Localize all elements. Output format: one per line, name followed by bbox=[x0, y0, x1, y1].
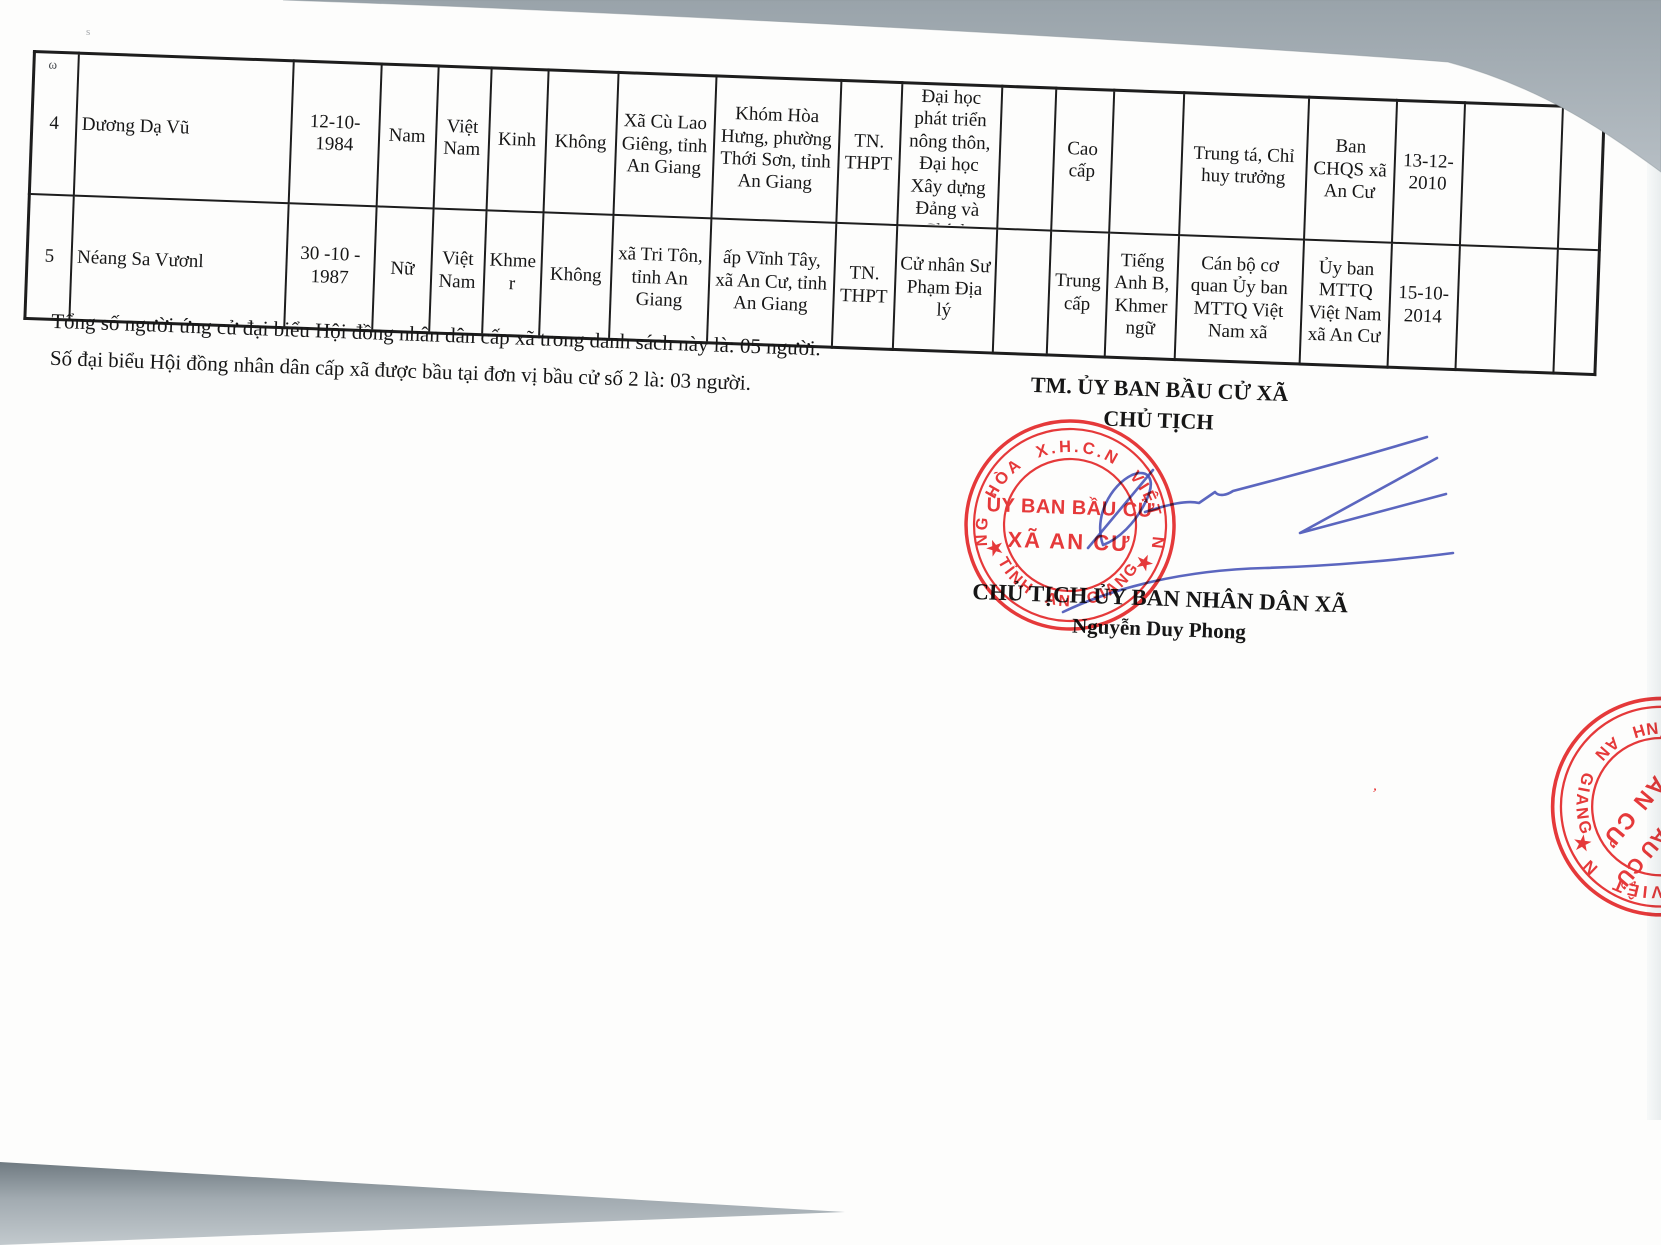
cell-r4-c3: 12-10-1984 bbox=[288, 61, 381, 207]
cell-r5-c14: Tiếng Anh B, Khmer ngữ bbox=[1104, 233, 1178, 359]
cell-r5-c5: Việt Nam bbox=[429, 208, 486, 334]
cell-r4-c12 bbox=[997, 86, 1056, 230]
cell-r4-c10: TN. THPT bbox=[836, 80, 902, 225]
cell-r5-c10: TN. THPT bbox=[831, 223, 896, 349]
scan-speck-red: , bbox=[1372, 778, 1380, 795]
cell-r5-c4: Nữ bbox=[372, 206, 433, 332]
cell-r5-c13: Trung cấp bbox=[1046, 231, 1108, 357]
document-content: ω 4Dương Dạ Vũ12-10-1984NamViệt NamKinhK… bbox=[9, 50, 1617, 766]
cell-r4-c15: Trung tá, Chỉ huy trưởng bbox=[1179, 93, 1309, 240]
cell-r4-c6: Kinh bbox=[486, 68, 548, 212]
cell-r4-c18 bbox=[1459, 103, 1562, 249]
scanned-document-page: { "table": { "rows": [ {"cells": ["4","D… bbox=[0, 0, 1661, 1245]
stray-cell-mark: ω bbox=[48, 57, 57, 73]
scan-speck-gray: s bbox=[86, 26, 90, 38]
cell-r4-c7: Không bbox=[543, 70, 618, 215]
cell-r4-c11: Đại học phát triển nông thôn, Đại học Xâ… bbox=[897, 83, 1002, 229]
cell-r4-c14 bbox=[1109, 90, 1184, 235]
cell-r4-c13: Cao cấp bbox=[1051, 88, 1114, 232]
cell-r5-c16: Ủy ban MTTQ Việt Nam xã An Cư bbox=[1299, 240, 1391, 367]
cell-r5-c12 bbox=[992, 229, 1050, 355]
cell-r4-c5: Việt Nam bbox=[433, 66, 491, 210]
cell-r5-c19 bbox=[1553, 249, 1599, 374]
cell-r4-c16: Ban CHQS xã An Cư bbox=[1304, 97, 1397, 243]
cell-r4-c17: 13-12-2010 bbox=[1391, 100, 1464, 245]
cell-r4-c2: Dương Dạ Vũ bbox=[73, 53, 293, 203]
cell-r4-c19 bbox=[1557, 106, 1604, 250]
scanner-edge-bottom bbox=[0, 1100, 1661, 1245]
clipped-text: Đại học phát triển nông thôn, Đại học Xâ… bbox=[901, 85, 998, 226]
cell-r5-c18 bbox=[1455, 245, 1557, 372]
scanner-edge-right bbox=[1647, 60, 1661, 1120]
cell-r4-c1: 4 bbox=[29, 52, 78, 196]
handwritten-signature bbox=[985, 415, 1475, 630]
cell-r4-c4: Nam bbox=[376, 64, 438, 208]
cell-r5-c6: Khmer bbox=[482, 210, 543, 336]
cell-r4-c9: Khóm Hòa Hưng, phường Thới Sơn, tỉnh An … bbox=[711, 76, 841, 223]
cell-r4-c8: Xã Cù Lao Giêng, tỉnh An Giang bbox=[613, 72, 716, 218]
cell-r5-c1: 5 bbox=[25, 194, 73, 319]
cell-r5-c15: Cán bộ cơ quan Ủy ban MTTQ Việt Nam xã bbox=[1174, 235, 1303, 363]
cell-r5-c17: 15-10-2014 bbox=[1387, 243, 1459, 369]
